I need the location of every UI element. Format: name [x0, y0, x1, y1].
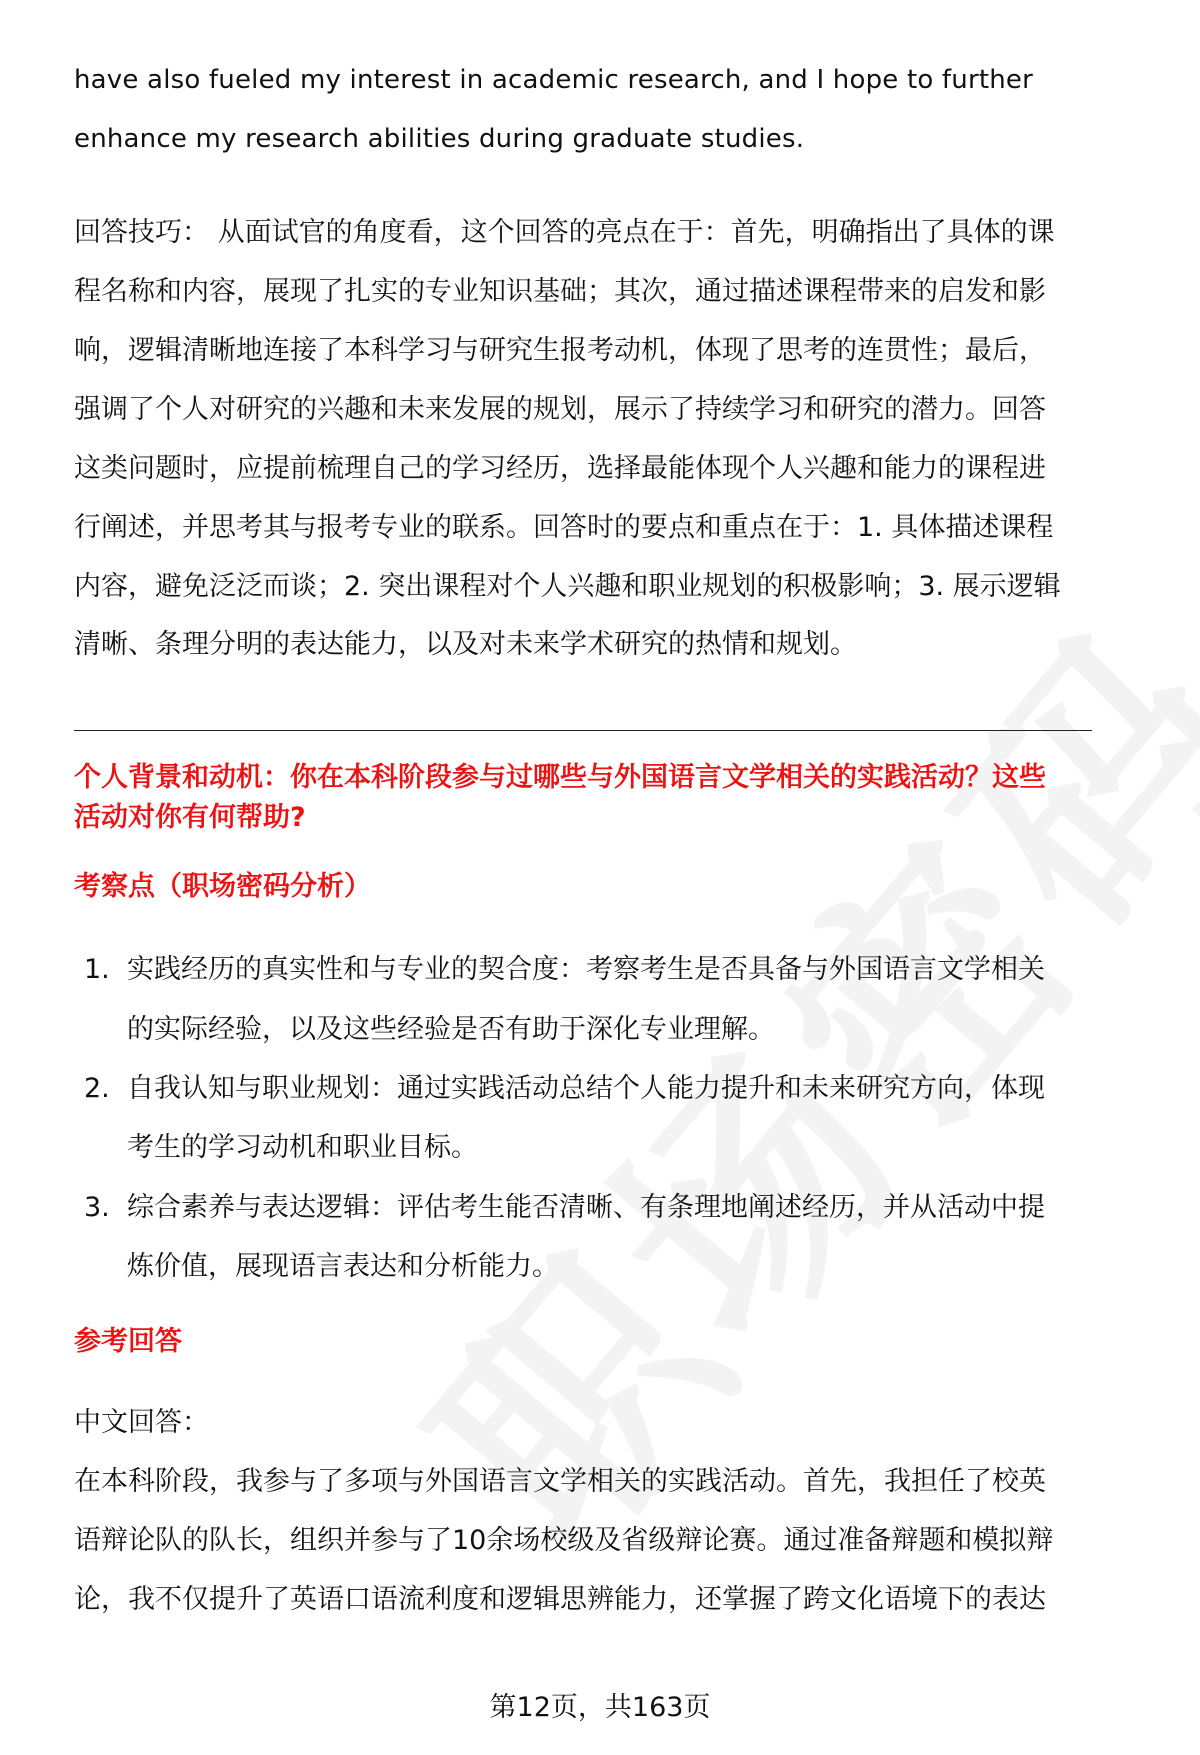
- tip-paragraph-line: 回答技巧： 从面试官的角度看，这个回答的亮点在于：首先，明确指出了具体的课: [74, 213, 1055, 253]
- list-item-line: 考生的学习动机和职业目标。: [127, 1128, 478, 1168]
- chinese-answer-line: 在本科阶段，我参与了多项与外国语言文学相关的实践活动。首先，我担任了校英: [74, 1462, 1046, 1502]
- tip-paragraph-line: 强调了个人对研究的兴趣和未来发展的规划，展示了持续学习和研究的潜力。回答: [74, 390, 1046, 430]
- list-item-line: 综合素养与表达逻辑：评估考生能否清晰、有条理地阐述经历，并从活动中提: [127, 1188, 1045, 1228]
- section-divider: [74, 730, 1092, 731]
- list-item-line: 的实际经验，以及这些经验是否有助于深化专业理解。: [127, 1010, 775, 1050]
- english-paragraph-line: have also fueled my interest in academic…: [74, 60, 1033, 100]
- tip-paragraph-line: 响，逻辑清晰地连接了本科学习与研究生报考动机，体现了思考的连贯性；最后，: [74, 331, 1046, 371]
- list-item-number: 3.: [84, 1188, 110, 1228]
- list-item-line: 实践经历的真实性和与专业的契合度：考察考生是否具备与外国语言文学相关: [127, 950, 1045, 990]
- tip-paragraph-line: 清晰、条理分明的表达能力，以及对未来学术研究的热情和规划。: [74, 625, 857, 665]
- page-footer: 第12页，共163页: [0, 1688, 1200, 1728]
- tip-paragraph-line: 这类问题时，应提前梳理自己的学习经历，选择最能体现个人兴趣和能力的课程进: [74, 449, 1046, 489]
- watermark: 职场密码: [230, 640, 1130, 1340]
- list-item-line: 炼价值，展现语言表达和分析能力。: [127, 1247, 559, 1287]
- page-number: 第12页，共163页: [490, 1692, 711, 1723]
- tip-paragraph-line: 行阐述，并思考其与报考专业的联系。回答时的要点和重点在于：1. 具体描述课程: [74, 508, 1053, 548]
- question-title-line: 活动对你有何帮助?: [74, 798, 306, 838]
- list-item-number: 1.: [84, 950, 110, 990]
- english-paragraph-line: enhance my research abilities during gra…: [74, 119, 804, 159]
- chinese-answer-line: 论，我不仅提升了英语口语流利度和逻辑思辨能力，还掌握了跨文化语境下的表达: [74, 1580, 1046, 1620]
- chinese-answer-label: 中文回答：: [74, 1403, 209, 1443]
- tip-paragraph-line: 内容，避免泛泛而谈；2. 突出课程对个人兴趣和职业规划的积极影响；3. 展示逻辑: [74, 567, 1061, 607]
- question-title-line: 个人背景和动机：你在本科阶段参与过哪些与外国语言文学相关的实践活动？这些: [74, 758, 1046, 798]
- reference-answer-heading: 参考回答: [74, 1322, 182, 1362]
- list-item-number: 2.: [84, 1069, 110, 1109]
- analysis-heading: 考察点（职场密码分析）: [74, 867, 371, 907]
- tip-paragraph-line: 程名称和内容，展现了扎实的专业知识基础；其次，通过描述课程带来的启发和影: [74, 272, 1046, 312]
- chinese-answer-line: 语辩论队的队长，组织并参与了10余场校级及省级辩论赛。通过准备辩题和模拟辩: [74, 1521, 1053, 1561]
- list-item-line: 自我认知与职业规划：通过实践活动总结个人能力提升和未来研究方向，体现: [127, 1069, 1045, 1109]
